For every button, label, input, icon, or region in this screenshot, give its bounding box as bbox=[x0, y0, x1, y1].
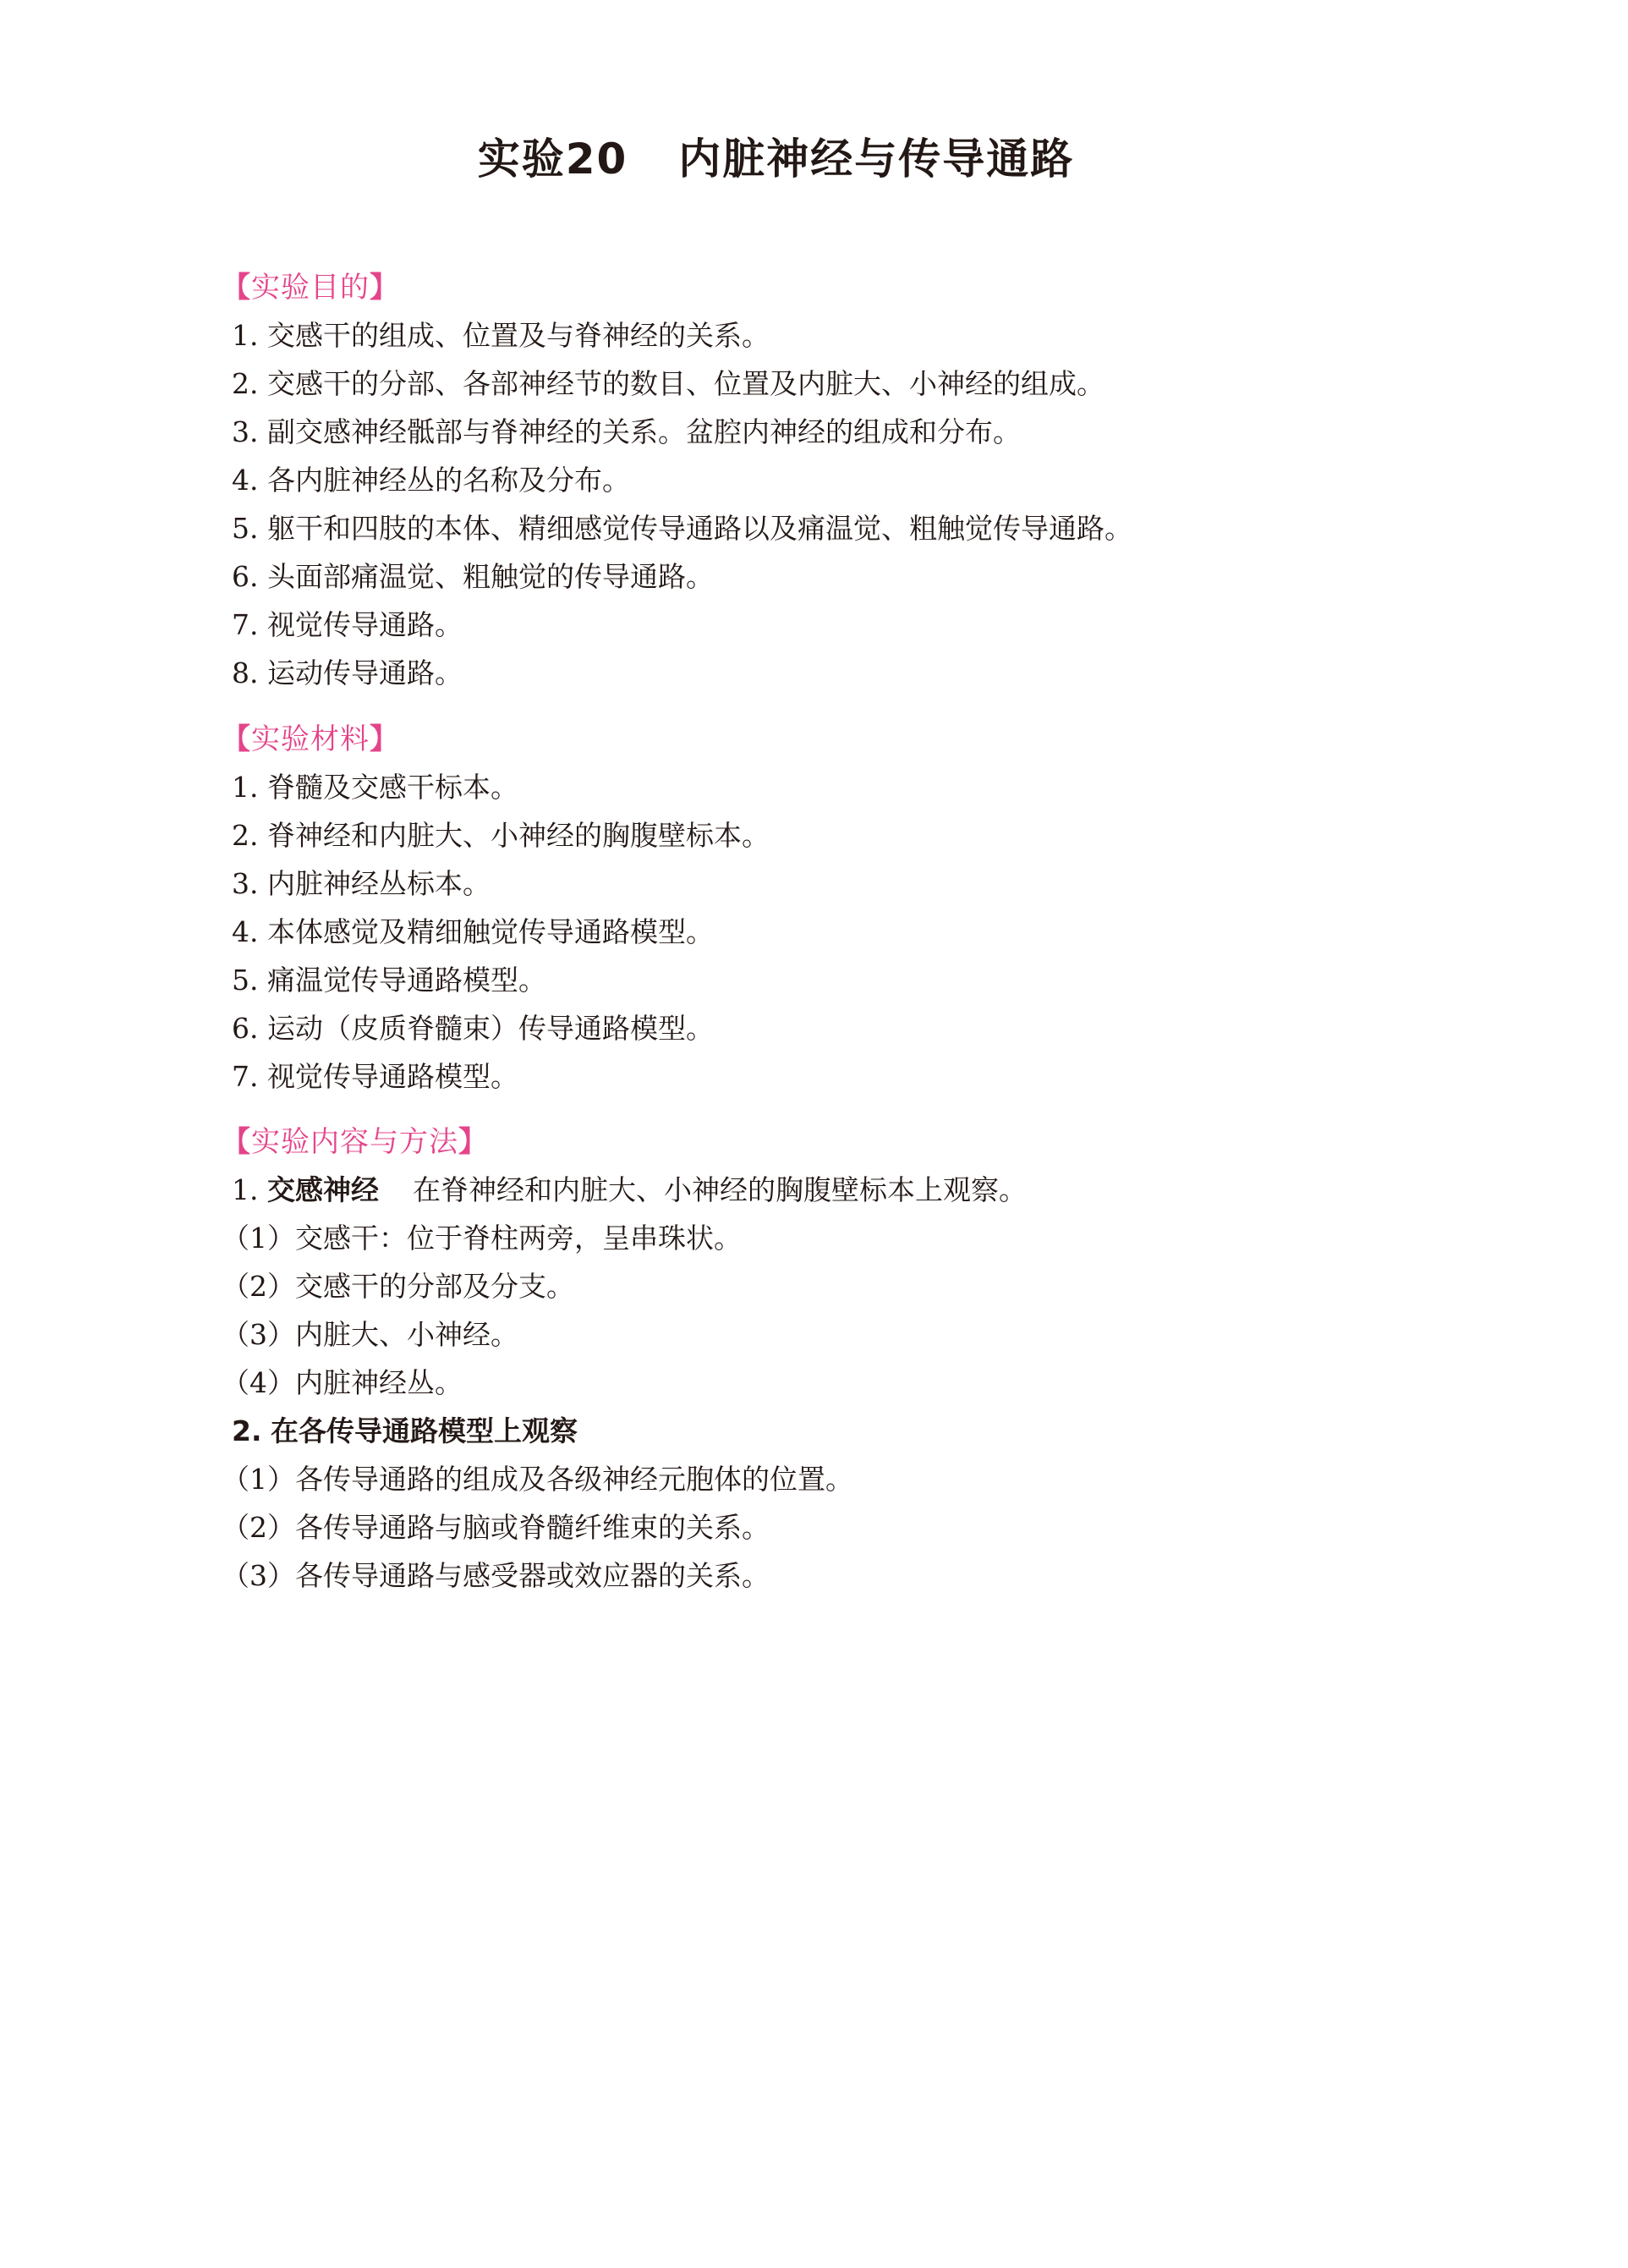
section-heading-methods: 【实验内容与方法】 bbox=[222, 1118, 1027, 1166]
method-part-2-title: 在各传导通路模型上观察 bbox=[271, 1414, 578, 1447]
section-heading-objectives: 【实验目的】 bbox=[222, 264, 1132, 311]
list-item: （1）交感干：位于脊柱两旁，呈串珠状。 bbox=[222, 1214, 1027, 1262]
list-item: （1）各传导通路的组成及各级神经元胞体的位置。 bbox=[222, 1455, 1027, 1503]
list-item: 5. 躯干和四肢的本体、精细感觉传导通路以及痛温觉、粗触觉传导通路。 bbox=[222, 504, 1132, 552]
experiment-number: 实验20 bbox=[478, 135, 628, 184]
list-item: （4）内脏神经丛。 bbox=[222, 1359, 1027, 1407]
list-item: 7. 视觉传导通路。 bbox=[222, 601, 1132, 649]
list-item: 6. 运动（皮质脊髓束）传导通路模型。 bbox=[222, 1004, 770, 1052]
section-objectives: 【实验目的】 1. 交感干的组成、位置及与脊神经的关系。 2. 交感干的分部、各… bbox=[222, 264, 1132, 697]
section-methods: 【实验内容与方法】 1. 交感神经在脊神经和内脏大、小神经的胸腹壁标本上观察。 … bbox=[222, 1118, 1027, 1600]
list-item: （2）交感干的分部及分支。 bbox=[222, 1262, 1027, 1310]
section-materials: 【实验材料】 1. 脊髓及交感干标本。 2. 脊神经和内脏大、小神经的胸腹壁标本… bbox=[222, 716, 770, 1101]
section-heading-materials: 【实验材料】 bbox=[222, 716, 770, 763]
list-item: 2. 脊神经和内脏大、小神经的胸腹壁标本。 bbox=[222, 811, 770, 859]
page-title: 实验20内脏神经与传导通路 bbox=[0, 125, 1552, 186]
list-item: 3. 副交感神经骶部与脊神经的关系。盆腔内神经的组成和分布。 bbox=[222, 408, 1132, 456]
method-part-2: 2. 在各传导通路模型上观察 bbox=[222, 1407, 1027, 1455]
list-item: 4. 本体感觉及精细触觉传导通路模型。 bbox=[222, 908, 770, 956]
list-item: 7. 视觉传导通路模型。 bbox=[222, 1052, 770, 1101]
list-item: 4. 各内脏神经丛的名称及分布。 bbox=[222, 456, 1132, 504]
list-item: 6. 头面部痛温觉、粗触觉的传导通路。 bbox=[222, 552, 1132, 601]
list-item: （3）内脏大、小神经。 bbox=[222, 1310, 1027, 1359]
list-item: 5. 痛温觉传导通路模型。 bbox=[222, 956, 770, 1004]
list-item: 1. 脊髓及交感干标本。 bbox=[222, 763, 770, 811]
experiment-title: 内脏神经与传导通路 bbox=[678, 135, 1074, 184]
list-item: （2）各传导通路与脑或脊髓纤维束的关系。 bbox=[222, 1503, 1027, 1551]
method-part-1-title: 交感神经 bbox=[267, 1173, 379, 1206]
list-item: （3）各传导通路与感受器或效应器的关系。 bbox=[222, 1551, 1027, 1600]
method-part-1: 1. 交感神经在脊神经和内脏大、小神经的胸腹壁标本上观察。 bbox=[222, 1166, 1027, 1214]
list-item: 8. 运动传导通路。 bbox=[222, 649, 1132, 697]
list-item: 3. 内脏神经丛标本。 bbox=[222, 859, 770, 908]
list-item: 1. 交感干的组成、位置及与脊神经的关系。 bbox=[222, 311, 1132, 360]
list-item: 2. 交感干的分部、各部神经节的数目、位置及内脏大、小神经的组成。 bbox=[222, 360, 1132, 408]
